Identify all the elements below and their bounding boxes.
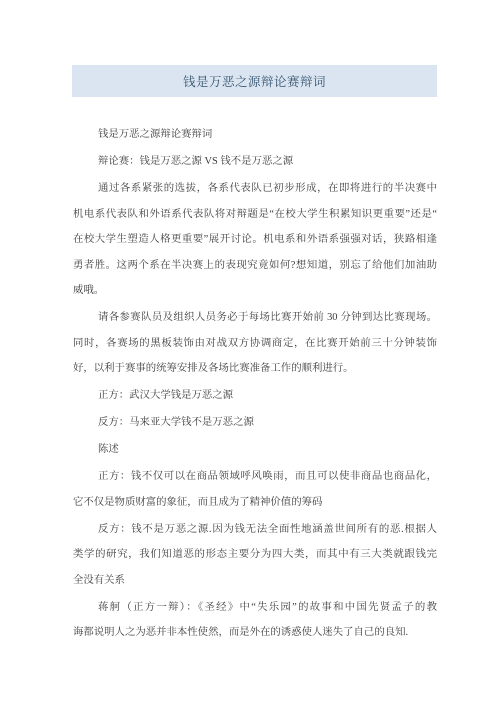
- text-line: 钱是万恶之源辩论赛辩词: [73, 122, 437, 148]
- text-line: 诲都说明人之为恶并非本性使然，而是外在的诱惑使人迷失了自己的良知.: [73, 620, 437, 646]
- text-line: 正方：钱不仅可以在商品领域呼风唤雨，而且可以使非商品也商品化，: [73, 464, 437, 490]
- paragraph: 反方：马来亚大学钱不是万恶之源: [73, 410, 437, 436]
- paragraph: 钱是万恶之源辩论赛辩词: [73, 122, 437, 148]
- text-line: 辩论赛：钱是万恶之源 VS 钱不是万恶之源: [73, 149, 437, 175]
- paragraph: 通过各系紧张的选拔，各系代表队已初步形成，在即将进行的半决赛中机电系代表队和外语…: [73, 176, 437, 304]
- document-body: 钱是万恶之源辩论赛辩词辩论赛：钱是万恶之源 VS 钱不是万恶之源通过各系紧张的选…: [73, 122, 437, 647]
- text-line: 请各参赛队员及组织人员务必于每场比赛开始前 30 分钟到达比赛现场。: [73, 305, 437, 331]
- text-line: 通过各系紧张的选拔，各系代表队已初步形成，在即将进行的半决赛中: [73, 176, 437, 202]
- text-line: 它不仅是物质财富的象征，而且成为了精神价值的筹码: [73, 490, 437, 516]
- paragraph: 陈述: [73, 437, 437, 463]
- text-line: 同时，各赛场的黑板装饰由对战双方协调商定，在比赛开始前三十分钟装饰: [73, 331, 437, 357]
- document-title: 钱是万恶之源辩论赛辩词: [183, 72, 326, 90]
- text-line: 好，以利于赛事的统筹安排及各场比赛准备工作的顺利进行。: [73, 356, 437, 382]
- paragraph: 反方：钱不是万恶之源.因为钱无法全面性地涵盖世间所有的恶.根据人类学的研究，我们…: [73, 517, 437, 594]
- text-line: 类学的研究，我们知道恶的形态主要分为四大类，而其中有三大类就跟钱完: [73, 542, 437, 568]
- text-line: 正方：武汉大学钱是万恶之源: [73, 383, 437, 409]
- text-line: 机电系代表队和外语系代表队将对辩题是“在校大学生积累知识更重要”还是“: [73, 202, 437, 228]
- paragraph: 正方：武汉大学钱是万恶之源: [73, 383, 437, 409]
- paragraph: 辩论赛：钱是万恶之源 VS 钱不是万恶之源: [73, 149, 437, 175]
- paragraph: 蒋舸（正方一辩）：《圣经》中“失乐园”的故事和中国先贤孟子的教诲都说明人之为恶并…: [73, 595, 437, 646]
- text-line: 全没有关系: [73, 568, 437, 594]
- text-line: 反方：马来亚大学钱不是万恶之源: [73, 410, 437, 436]
- text-line: 蒋舸（正方一辩）：《圣经》中“失乐园”的故事和中国先贤孟子的教: [73, 595, 437, 621]
- paragraph: 请各参赛队员及组织人员务必于每场比赛开始前 30 分钟到达比赛现场。同时，各赛场…: [73, 305, 437, 382]
- paragraph: 正方：钱不仅可以在商品领域呼风唤雨，而且可以使非商品也商品化，它不仅是物质财富的…: [73, 464, 437, 515]
- text-line: 勇者胜。这两个系在半决赛上的表现究竟如何?想知道，别忘了给他们加油助: [73, 253, 437, 279]
- document-page: 钱是万恶之源辩论赛辩词 钱是万恶之源辩论赛辩词辩论赛：钱是万恶之源 VS 钱不是…: [0, 0, 500, 707]
- text-line: 在校大学生塑造人格更重要”展开讨论。机电系和外语系强强对话，狭路相逢: [73, 227, 437, 253]
- text-line: 反方：钱不是万恶之源.因为钱无法全面性地涵盖世间所有的恶.根据人: [73, 517, 437, 543]
- text-line: 威哦。: [73, 278, 437, 304]
- title-banner: 钱是万恶之源辩论赛辩词: [72, 65, 437, 97]
- text-line: 陈述: [73, 437, 437, 463]
